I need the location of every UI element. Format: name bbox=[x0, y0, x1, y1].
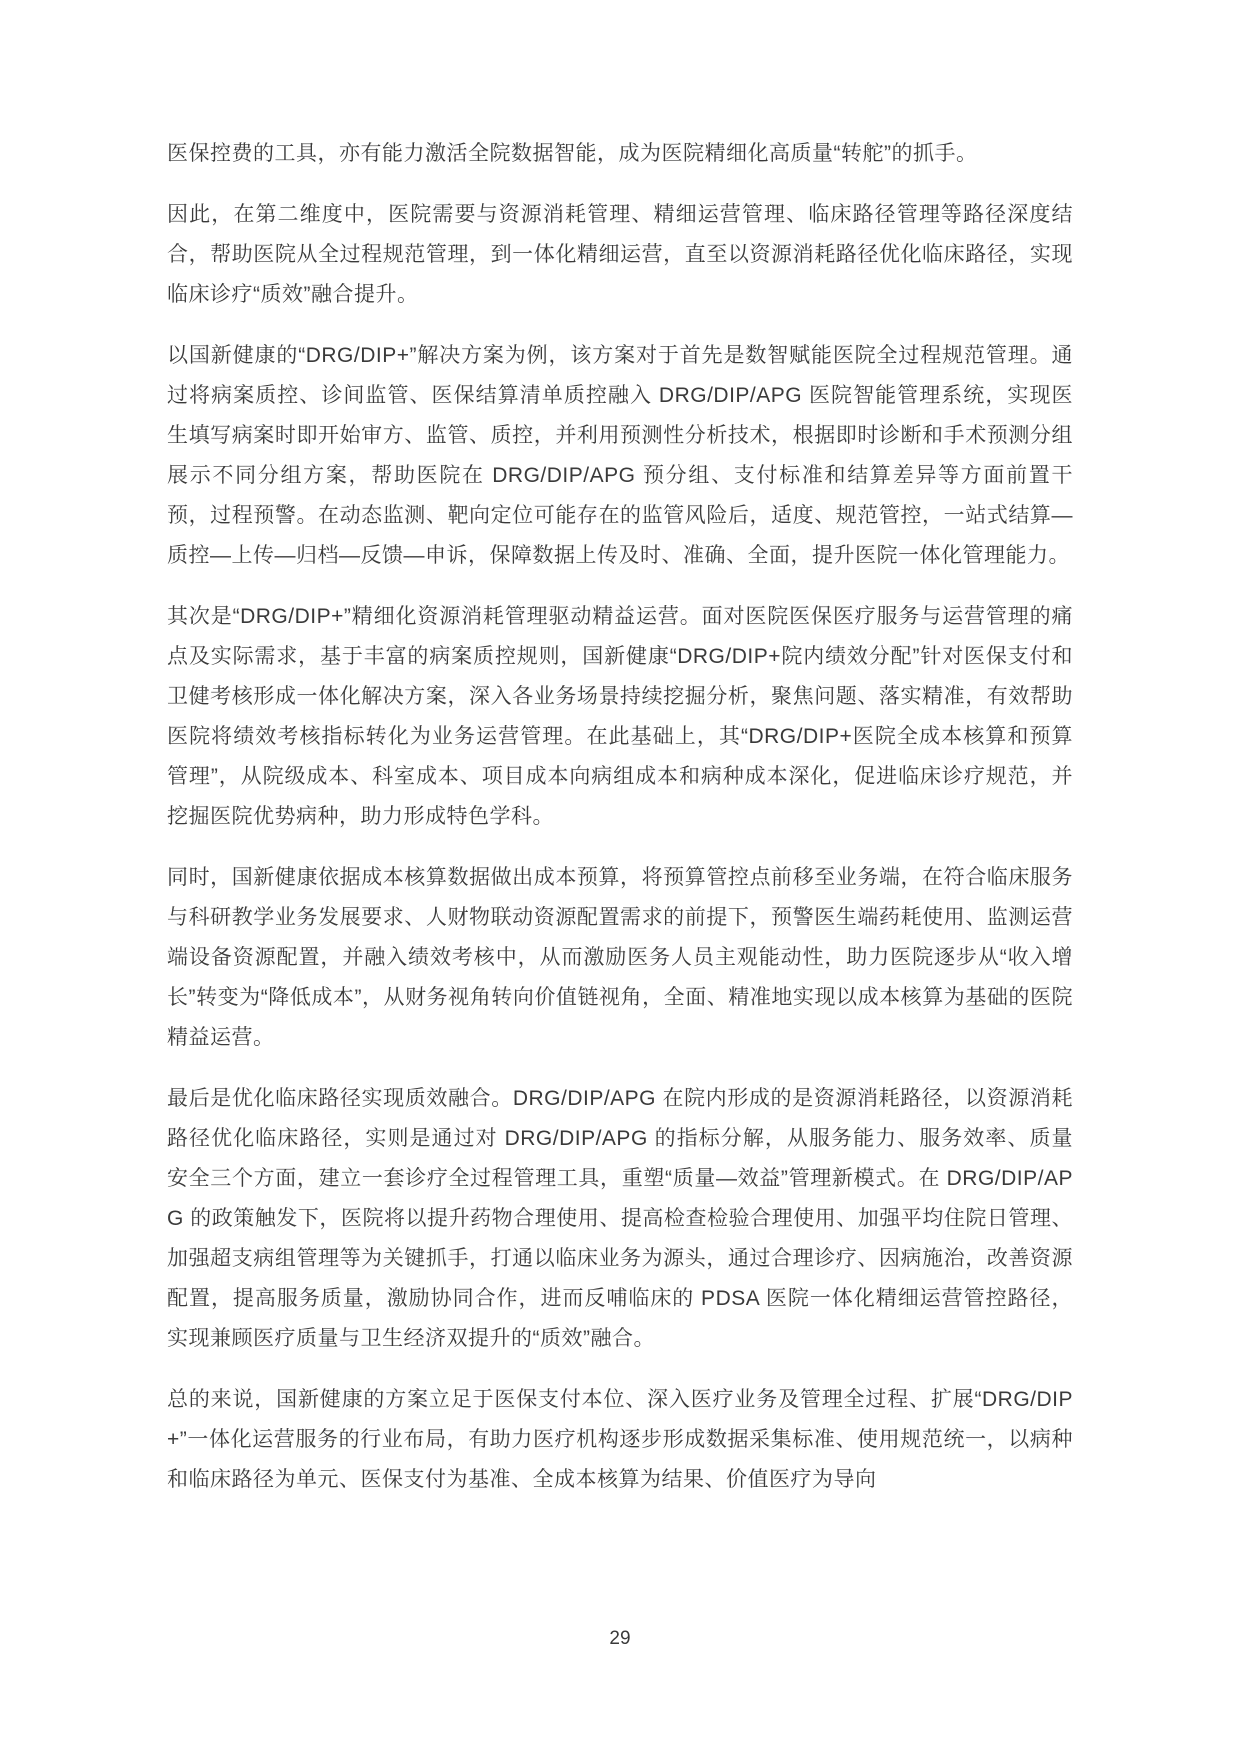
document-page: 医保控费的工具，亦有能力激活全院数据智能，成为医院精细化高质量“转舵”的抓手。 … bbox=[0, 0, 1240, 1753]
paragraph: 其次是“DRG/DIP+”精细化资源消耗管理驱动精益运营。面对医院医保医疗服务与… bbox=[167, 597, 1073, 837]
paragraph: 医保控费的工具，亦有能力激活全院数据智能，成为医院精细化高质量“转舵”的抓手。 bbox=[167, 134, 1073, 174]
paragraph: 因此，在第二维度中，医院需要与资源消耗管理、精细运营管理、临床路径管理等路径深度… bbox=[167, 195, 1073, 315]
paragraph: 总的来说，国新健康的方案立足于医保支付本位、深入医疗业务及管理全过程、扩展“DR… bbox=[167, 1380, 1073, 1500]
page-number: 29 bbox=[0, 1625, 1240, 1653]
paragraph: 最后是优化临床路径实现质效融合。DRG/DIP/APG 在院内形成的是资源消耗路… bbox=[167, 1079, 1073, 1359]
paragraph: 以国新健康的“DRG/DIP+”解决方案为例，该方案对于首先是数智赋能医院全过程… bbox=[167, 336, 1073, 576]
document-body: 医保控费的工具，亦有能力激活全院数据智能，成为医院精细化高质量“转舵”的抓手。 … bbox=[167, 134, 1073, 1521]
paragraph: 同时，国新健康依据成本核算数据做出成本预算，将预算管控点前移至业务端，在符合临床… bbox=[167, 858, 1073, 1058]
